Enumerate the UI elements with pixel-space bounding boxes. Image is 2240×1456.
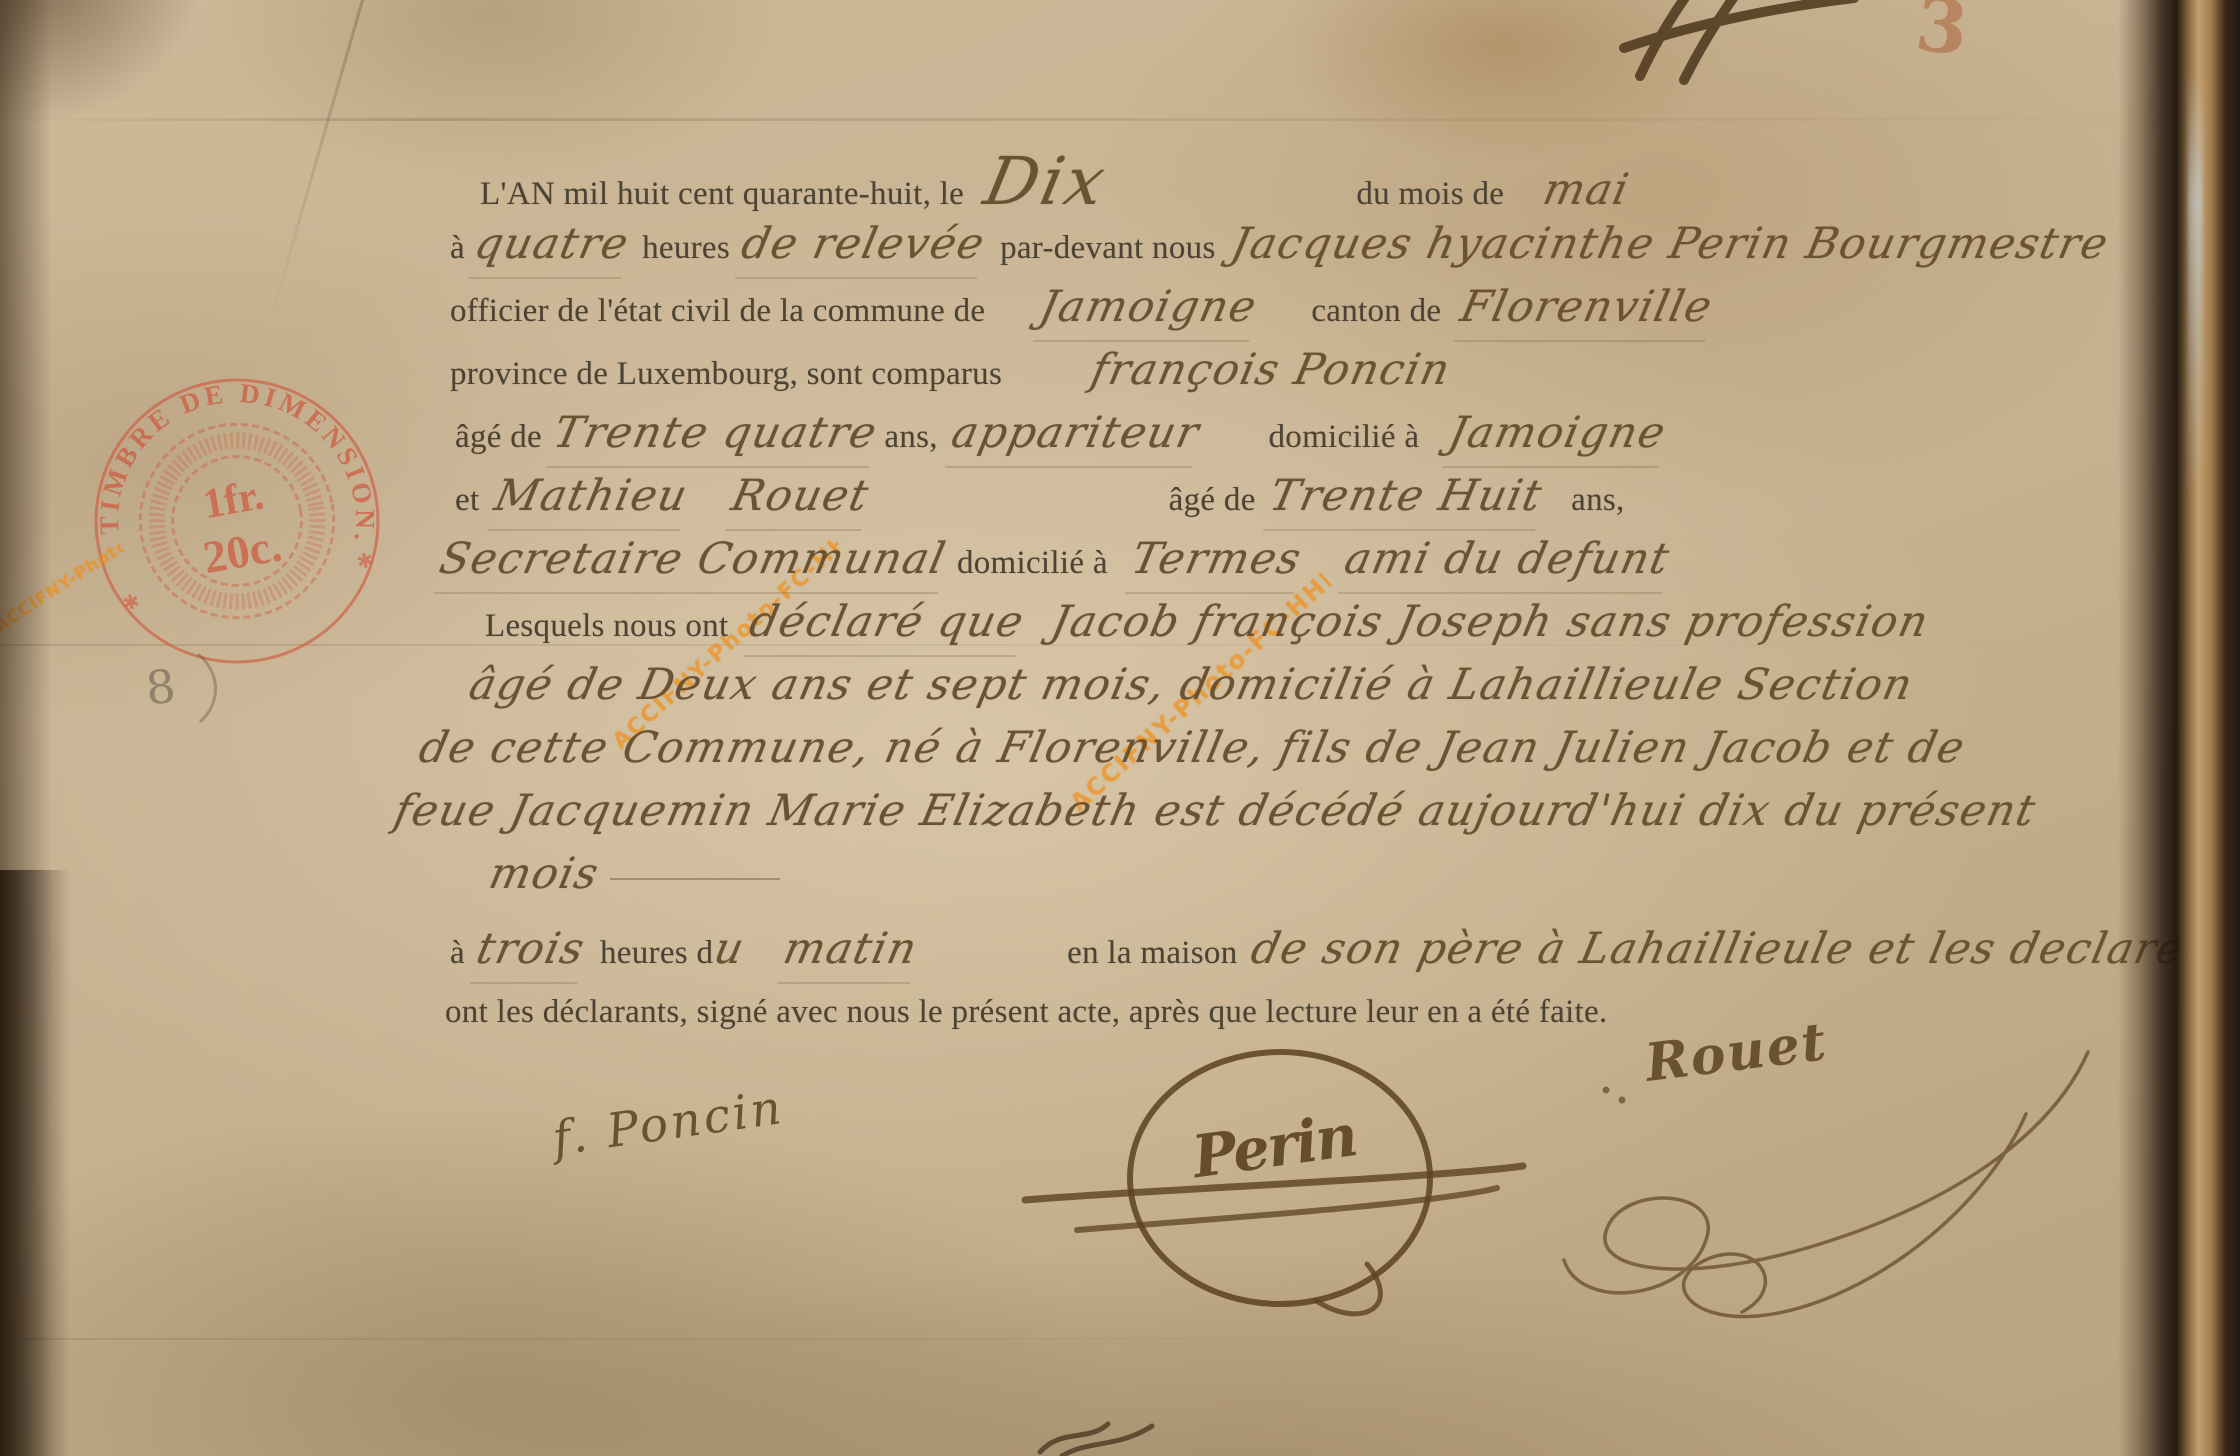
form-line: àquatreheuresde relevéepar-devant nousJa… [450,213,2240,276]
handwritten-text: âgé de Deux ans et sept mois, domicilié … [463,654,1919,717]
handwritten-text: Termes [1125,528,1308,594]
handwritten-text: Trente Huit [1263,465,1549,531]
handwritten-text: de son père à Lahaillieule et les declar… [1245,918,2238,981]
printed-text: à [450,935,465,971]
ink-squiggle-mark [1032,1410,1166,1456]
handwritten-text: appariteur [945,402,1206,468]
paper-crease [0,118,2240,121]
page-edge [2118,0,2240,1456]
handwritten-text: Dix [979,150,1113,213]
printed-text: canton de [1311,293,1441,329]
handwritten-text: Mathieu [488,465,694,531]
form-line: àtroisheures dumatinen la maisonde son p… [450,918,2240,981]
handwritten-text: Secretaire Communal [433,528,952,594]
printed-text: heures [642,230,730,266]
signature-flourish [1428,1016,2118,1346]
printed-text: province de Luxembourg, sont comparus [450,356,1002,392]
form-line: Secretaire Communaldomicilié àTermesami … [440,528,2240,591]
form-line: de cette Commune, né à Florenville, fils… [420,717,2240,780]
printed-text: et [455,482,479,518]
form-line: province de Luxembourg, sont comparusfra… [450,339,2240,402]
printed-text: ans, [1571,482,1624,518]
handwritten-text: Jacob françois Joseph sans profession [1045,591,1935,654]
book-gutter-shadow [0,870,70,1456]
ink-page-number-mark [1618,0,1868,88]
printed-text: par-devant nous [1000,230,1216,266]
handwritten-text: françois Poncin [1085,339,1456,402]
form-line: feue Jacquemin Marie Elizabeth est décéd… [395,780,2240,843]
printed-text: L'AN mil huit cent quarante-huit, le [480,176,964,212]
printed-text: en la maison [1067,935,1237,971]
printed-text: âgé de [1169,482,1256,518]
handwritten-text: Jacques hyacinthe Perin Bourgmestre [1225,213,2114,276]
page-numeral: 3 [1912,0,1972,72]
printed-text: à [450,230,465,266]
form-line: L'AN mil huit cent quarante-huit, leDixd… [480,150,2240,213]
handwritten-text: déclaré que [743,591,1030,657]
handwritten-text: de cette Commune, né à Florenville, fils… [413,717,1971,780]
printed-text: domicilié à [1268,419,1419,455]
handwritten-text: feue Jacquemin Marie Elizabeth est décéd… [388,780,2042,843]
form-line: âgé de Deux ans et sept mois, domicilié … [470,654,2240,717]
page-edge-highlight [2188,70,2203,500]
handwritten-text: mois [483,843,605,906]
document-page: 3 TIMBRE DE DIMENSION. 1fr. 20c. ✱ ✱ 8 A… [0,0,2240,1456]
handwritten-text: trois [470,918,591,984]
handwritten-text: matin [777,918,924,984]
handwritten-text: Jamoigne [1442,402,1672,468]
handwritten-text: quatre [468,213,635,279]
act-text: L'AN mil huit cent quarante-huit, leDixd… [0,150,2240,1044]
form-line: Lesquels nous ontdéclaré queJacob franço… [485,591,2240,654]
handwritten-text: de relevée [735,213,991,279]
ink-rule [610,878,780,880]
handwritten-text: ami du defunt [1338,528,1676,594]
form-line: âgé deTrente quatreans,appariteurdomicil… [455,402,2240,465]
handwritten-text: Jamoigne [1033,276,1263,342]
printed-text: du mois de [1356,176,1504,212]
printed-text: ans, [884,419,937,455]
form-line: etMathieuRouetâgé deTrente Huitans, [455,465,2240,528]
form-line: officier de l'état civil de la commune d… [450,276,2240,339]
printed-text: officier de l'état civil de la commune d… [450,293,985,329]
handwritten-text: Florenville [1454,276,1719,342]
printed-text: Lesquels nous ont [485,608,728,644]
handwritten-text: Trente quatre [547,402,883,468]
printed-text: domicilié à [957,545,1108,581]
signature-declarant-left: f. Poncin [549,1080,787,1167]
handwritten-text: Rouet [725,465,875,531]
form-line: mois [490,843,2240,906]
printed-text: âgé de [455,419,542,455]
handwritten-text: u [709,918,752,981]
printed-text: heures d [600,935,713,971]
